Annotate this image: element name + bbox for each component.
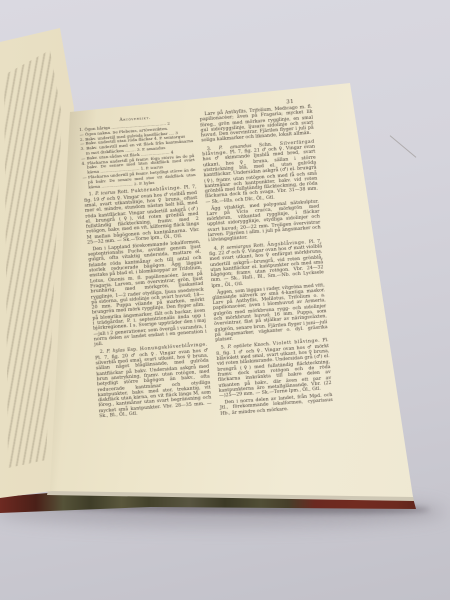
species-swedish-name: Honungsklöverblåvinge. [140, 343, 208, 353]
paragraph: Äggen, som läggas i rader, vitgröna med … [212, 283, 328, 344]
paragraph: Ägg vitaktigt, med polygonal nätskulptur… [206, 199, 321, 244]
background-scratch [390, 135, 417, 158]
species-entry: 3. P. amandus Schn. Silverfärgad blåving… [202, 139, 319, 205]
column-right-paragraphs: Larv på Anthyllis, Trifolium, Medicago m… [199, 105, 333, 417]
species-key: Artöversikt. 1. Ögon håriga ............… [79, 113, 197, 190]
paragraph: Den i Lappland förekommande lokalformen,… [87, 240, 207, 348]
species-swedish-name: Violett blåvinge. [273, 339, 321, 347]
species-entry: 2. P. hylas Esp. Honungsklöverblåvinge. … [95, 343, 213, 420]
page-text-layer: 31 Artöversikt. 1. Ögon håriga .........… [78, 95, 339, 426]
book-photo-stage: 31 Artöversikt. 1. Ögon håriga .........… [0, 0, 450, 600]
column-right: Larv på Anthyllis, Trifolium, Medicago m… [199, 105, 333, 418]
species-entry: 5. P. optilete Knoch. Violett blåvinge. … [216, 339, 332, 400]
species-swedish-name: Puktörneblåvinge. [131, 186, 182, 195]
column-left-paragraphs: 1. P. icarus Rott. Puktörneblåvinge. Pl.… [84, 185, 213, 419]
species-swedish-name: Ängsblåvinge. [267, 240, 307, 248]
species-entry: 1. P. icarus Rott. Puktörneblåvinge. Pl.… [84, 185, 200, 246]
column-left: Artöversikt. 1. Ögon håriga ............… [79, 113, 213, 426]
page-number: 31 [286, 99, 294, 106]
text-columns: Artöversikt. 1. Ögon håriga ............… [79, 104, 340, 426]
species-entry: 4. P. semiargus Rott. Ängsblåvinge. Pl. … [209, 239, 325, 289]
key-entries: 1. Ögon håriga .........................… [79, 120, 196, 190]
